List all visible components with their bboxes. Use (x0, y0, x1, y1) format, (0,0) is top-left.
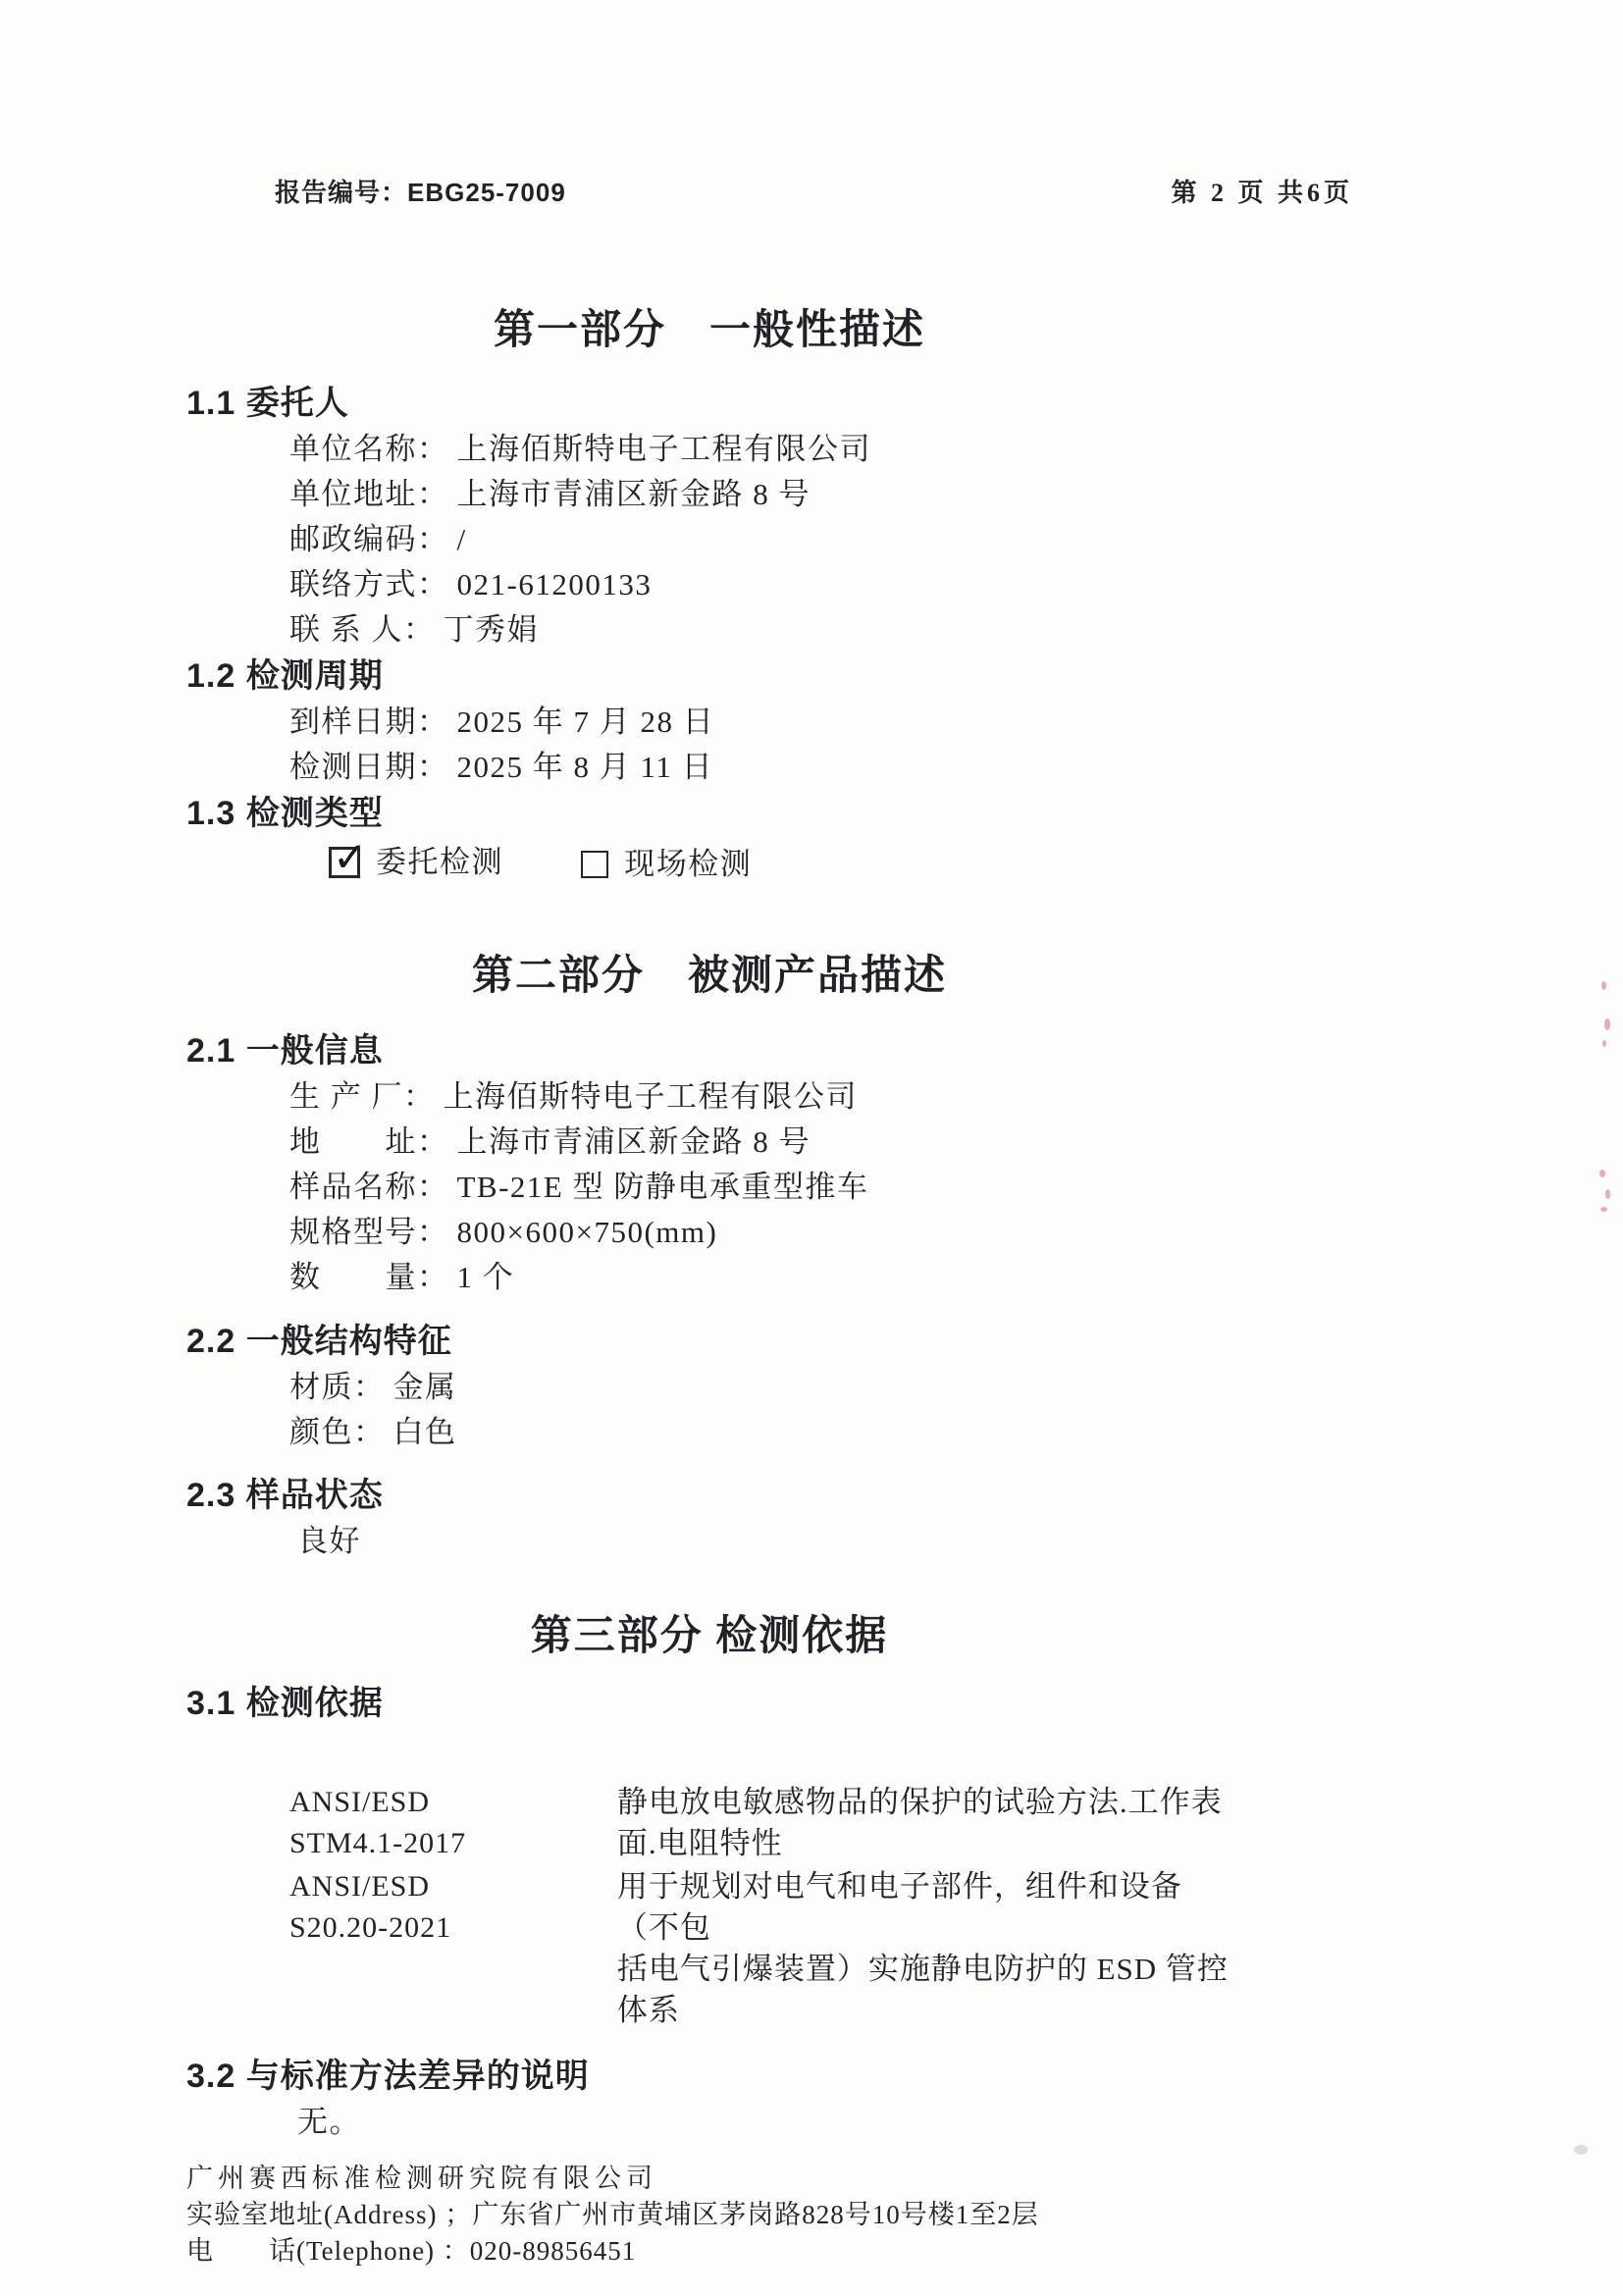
field-value: 上海市青浦区新金路 8 号 (457, 1124, 811, 1159)
checkbox-unchecked-icon (581, 851, 608, 878)
lab-address-label: 实验室地址(Address) ； (186, 2200, 472, 2229)
section-3-2-heading: 3.2 与标准方法差异的说明 (186, 2053, 1232, 2100)
lab-phone-label: 电 话(Telephone) ： (186, 2236, 470, 2266)
field-row-sample-arrival-date: 到样日期：2025 年 7 月 28 日 (289, 700, 1232, 745)
field-label: 生 产 厂： (289, 1079, 436, 1114)
field-row-contact-person: 联 系 人：丁秀娟 (289, 607, 1232, 652)
field-row-client-address: 单位地址：上海市青浦区新金路 8 号 (289, 472, 1232, 517)
report-page: 报告编号：EBG25-7009 第 2 页 共6页 第一部分 一般性描述 1.1… (0, 0, 1623, 2296)
page-indicator: 第 2 页 共6页 (1171, 173, 1353, 209)
field-row-contact-phone: 联络方式：021-61200133 (289, 562, 1232, 607)
standard-code: ANSI/ESD STM4.1-2017 (289, 1782, 617, 1864)
report-number-value: EBG25-7009 (407, 178, 566, 207)
test-type-options: ✓ 委托检测 现场检测 (329, 837, 1232, 894)
standard-description: 用于规划对电气和电子部件，组件和设备（不包 括电气引爆装置）实施静电防护的 ES… (617, 1866, 1232, 2031)
field-value: 无。 (297, 2105, 361, 2139)
field-value: TB-21E 型 防静电承重型推车 (457, 1170, 869, 1204)
field-value: / (457, 522, 467, 556)
lab-company-name: 广州赛西标准检测研究院有限公司 (186, 2161, 1232, 2197)
option-commissioned-test: ✓ 委托检测 (329, 837, 503, 888)
field-value: 021-61200133 (457, 567, 653, 601)
field-row-sample-name: 样品名称：TB-21E 型 防静电承重型推车 (289, 1165, 1232, 1210)
report-number: 报告编号：EBG25-7009 (275, 173, 566, 209)
check-mark-icon: ✓ (333, 837, 369, 878)
field-row-manufacturer-address: 地 址：上海市青浦区新金路 8 号 (289, 1120, 1232, 1165)
lab-phone-value: 020-89856451 (470, 2236, 637, 2266)
field-label: 材质： (289, 1370, 386, 1404)
scan-artifact-speck (1605, 1189, 1610, 1199)
field-row-manufacturer: 生 产 厂：上海佰斯特电子工程有限公司 (289, 1074, 1232, 1120)
field-row-quantity: 数 量：1 个 (289, 1255, 1232, 1300)
field-row-model-spec: 规格型号：800×600×750(mm) (289, 1210, 1232, 1255)
section-1-3-heading: 1.3 检测类型 (186, 790, 1232, 837)
field-row-sample-condition: 良好 (289, 1519, 1232, 1564)
scan-artifact-speck (1601, 981, 1606, 990)
part1-title: 第一部分 一般性描述 (186, 303, 1232, 358)
field-value: 金属 (393, 1370, 457, 1404)
field-row-client-name: 单位名称：上海佰斯特电子工程有限公司 (289, 427, 1232, 472)
standard-code-line: STM4.1-2017 (289, 1823, 617, 1864)
section-1-1-heading: 1.1 委托人 (186, 380, 1232, 427)
document-body: 第一部分 一般性描述 1.1 委托人 单位名称：上海佰斯特电子工程有限公司 单位… (186, 303, 1232, 2270)
section-2-2-heading: 2.2 一般结构特征 (186, 1318, 1232, 1365)
field-value: 上海佰斯特电子工程有限公司 (457, 432, 872, 466)
lab-phone-line: 电 话(Telephone) ：020-89856451 (186, 2233, 1232, 2270)
field-row-postal-code: 邮政编码：/ (289, 517, 1232, 562)
field-value: 800×600×750(mm) (457, 1215, 718, 1249)
report-number-label: 报告编号： (275, 178, 407, 207)
part2-title: 第二部分 被测产品描述 (186, 949, 1232, 1004)
option-label: 现场检测 (624, 839, 752, 890)
field-value: 良好 (297, 1524, 361, 1558)
field-value: 2025 年 7 月 28 日 (457, 704, 715, 739)
lab-address-value: 广东省广州市黄埔区茅岗路828号10号楼1至2层 (472, 2200, 1039, 2229)
scan-artifact-speck (1600, 1207, 1607, 1212)
section-2-3-heading: 2.3 样品状态 (186, 1472, 1232, 1519)
field-value: 上海市青浦区新金路 8 号 (457, 477, 811, 511)
page-footer: 广州赛西标准检测研究院有限公司 实验室地址(Address) ；广东省广州市黄埔… (186, 2161, 1232, 2270)
field-label: 联 系 人： (289, 612, 436, 647)
field-row-color: 颜色：白色 (289, 1410, 1232, 1455)
option-label: 委托检测 (376, 837, 503, 888)
section-3-1-heading: 3.1 检测依据 (186, 1680, 1232, 1727)
standard-description-line: 用于规划对电气和电子部件，组件和设备（不包 (617, 1866, 1232, 1949)
field-row-material: 材质：金属 (289, 1365, 1232, 1410)
checkbox-checked-icon: ✓ (329, 847, 360, 878)
standard-row: ANSI/ESD S20.20-2021 用于规划对电气和电子部件，组件和设备（… (289, 1866, 1232, 2031)
field-label: 数 量： (289, 1260, 449, 1294)
standard-description-line: 括电气引爆装置）实施静电防护的 ESD 管控体系 (617, 1949, 1232, 2031)
field-label: 样品名称： (289, 1170, 449, 1204)
standard-description: 静电放电敏感物品的保护的试验方法.工作表 面.电阻特性 (617, 1782, 1232, 1864)
field-row-method-deviation: 无。 (289, 2100, 1232, 2145)
lab-address-line: 实验室地址(Address) ；广东省广州市黄埔区茅岗路828号10号楼1至2层 (186, 2197, 1232, 2233)
section-2-1-heading: 2.1 一般信息 (186, 1027, 1232, 1074)
field-value: 白色 (393, 1415, 457, 1449)
standard-description-line: 静电放电敏感物品的保护的试验方法.工作表 (617, 1782, 1232, 1823)
standards-table: ANSI/ESD STM4.1-2017 静电放电敏感物品的保护的试验方法.工作… (289, 1782, 1232, 2031)
page-header: 报告编号：EBG25-7009 第 2 页 共6页 (0, 0, 1623, 209)
scan-artifact-speck (1602, 1040, 1606, 1047)
standard-code: ANSI/ESD S20.20-2021 (289, 1866, 617, 2031)
field-label: 检测日期： (289, 750, 449, 784)
option-onsite-test: 现场检测 (581, 839, 752, 890)
standard-code-line: S20.20-2021 (289, 1907, 617, 1949)
field-row-test-date: 检测日期：2025 年 8 月 11 日 (289, 745, 1232, 790)
field-value: 1 个 (457, 1260, 515, 1294)
standard-description-line: 面.电阻特性 (617, 1823, 1232, 1864)
scan-artifact-speck (1604, 1018, 1610, 1030)
field-label: 单位地址： (289, 477, 449, 511)
field-label: 单位名称： (289, 432, 449, 466)
field-label: 颜色： (289, 1415, 386, 1449)
scan-artifact-smudge (1574, 2145, 1588, 2155)
part3-title: 第三部分 检测依据 (186, 1609, 1232, 1664)
standard-code-line: ANSI/ESD (289, 1866, 617, 1907)
field-label: 到样日期： (289, 704, 449, 739)
field-label: 邮政编码： (289, 522, 449, 556)
field-value: 丁秀娟 (444, 612, 540, 647)
field-value: 2025 年 8 月 11 日 (457, 750, 714, 784)
section-1-2-heading: 1.2 检测周期 (186, 652, 1232, 700)
scan-artifact-speck (1599, 1170, 1605, 1177)
standard-code-line: ANSI/ESD (289, 1782, 617, 1823)
field-label: 联络方式： (289, 567, 449, 601)
standard-row: ANSI/ESD STM4.1-2017 静电放电敏感物品的保护的试验方法.工作… (289, 1782, 1232, 1864)
field-label: 规格型号： (289, 1215, 449, 1249)
field-label: 地 址： (289, 1124, 449, 1159)
field-value: 上海佰斯特电子工程有限公司 (444, 1079, 859, 1114)
